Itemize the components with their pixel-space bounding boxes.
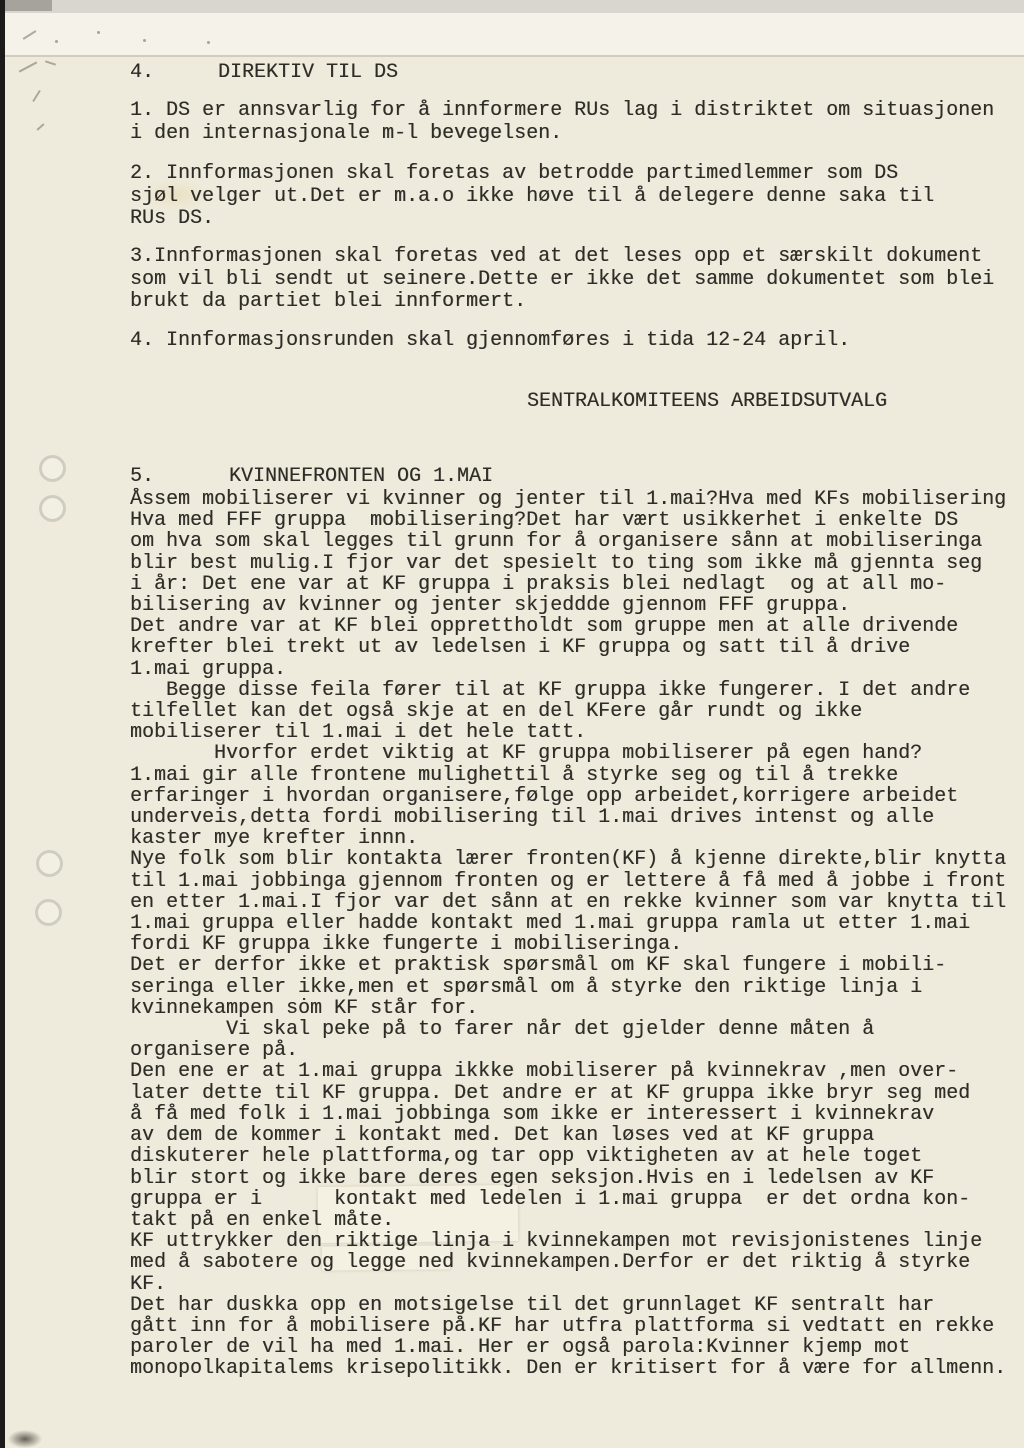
scan-top-corner — [0, 0, 52, 11]
pencil-mark — [19, 61, 38, 72]
section-4-number: 4. — [130, 62, 154, 85]
pencil-mark — [45, 60, 56, 65]
paragraph-4: 4. Innformasjonsrunden skal gjennomføres… — [130, 330, 850, 353]
paragraph-3: 3.Innformasjonen skal foretas ved at det… — [130, 246, 994, 314]
scan-top-edge — [0, 0, 1024, 13]
hole-punch — [36, 850, 63, 877]
pencil-mark — [36, 123, 44, 131]
section-4-title: DIREKTIV TIL DS — [218, 62, 398, 85]
scan-left-strip — [0, 0, 5, 1448]
paper-top-margin — [5, 13, 1024, 55]
pencil-mark — [32, 90, 41, 102]
hole-punch — [35, 899, 62, 926]
scanned-document-page: 4. DIREKTIV TIL DS 1. DS er annsvarlig f… — [0, 0, 1024, 1448]
section-5-title: KVINNEFRONTEN OG 1.MAI — [229, 466, 493, 489]
section-5-body: Åssem mobiliserer vi kvinner og jenter t… — [130, 489, 1006, 1380]
paragraph-1: 1. DS er annsvarlig for å innformere RUs… — [130, 100, 994, 145]
paragraph-2: 2. Innformasjonen skal foretas av betrod… — [130, 163, 934, 231]
section-5-number: 5. — [130, 466, 154, 489]
hole-punch — [39, 495, 66, 522]
ink-speck — [55, 40, 58, 43]
ink-speck — [207, 41, 210, 44]
bottom-left-smudge — [8, 1430, 42, 1448]
ink-speck — [143, 39, 146, 42]
paper-fold-line — [0, 55, 1024, 57]
committee-signature: SENTRALKOMITEENS ARBEIDSUTVALG — [527, 391, 887, 414]
ink-speck — [97, 31, 100, 34]
hole-punch — [39, 455, 66, 482]
